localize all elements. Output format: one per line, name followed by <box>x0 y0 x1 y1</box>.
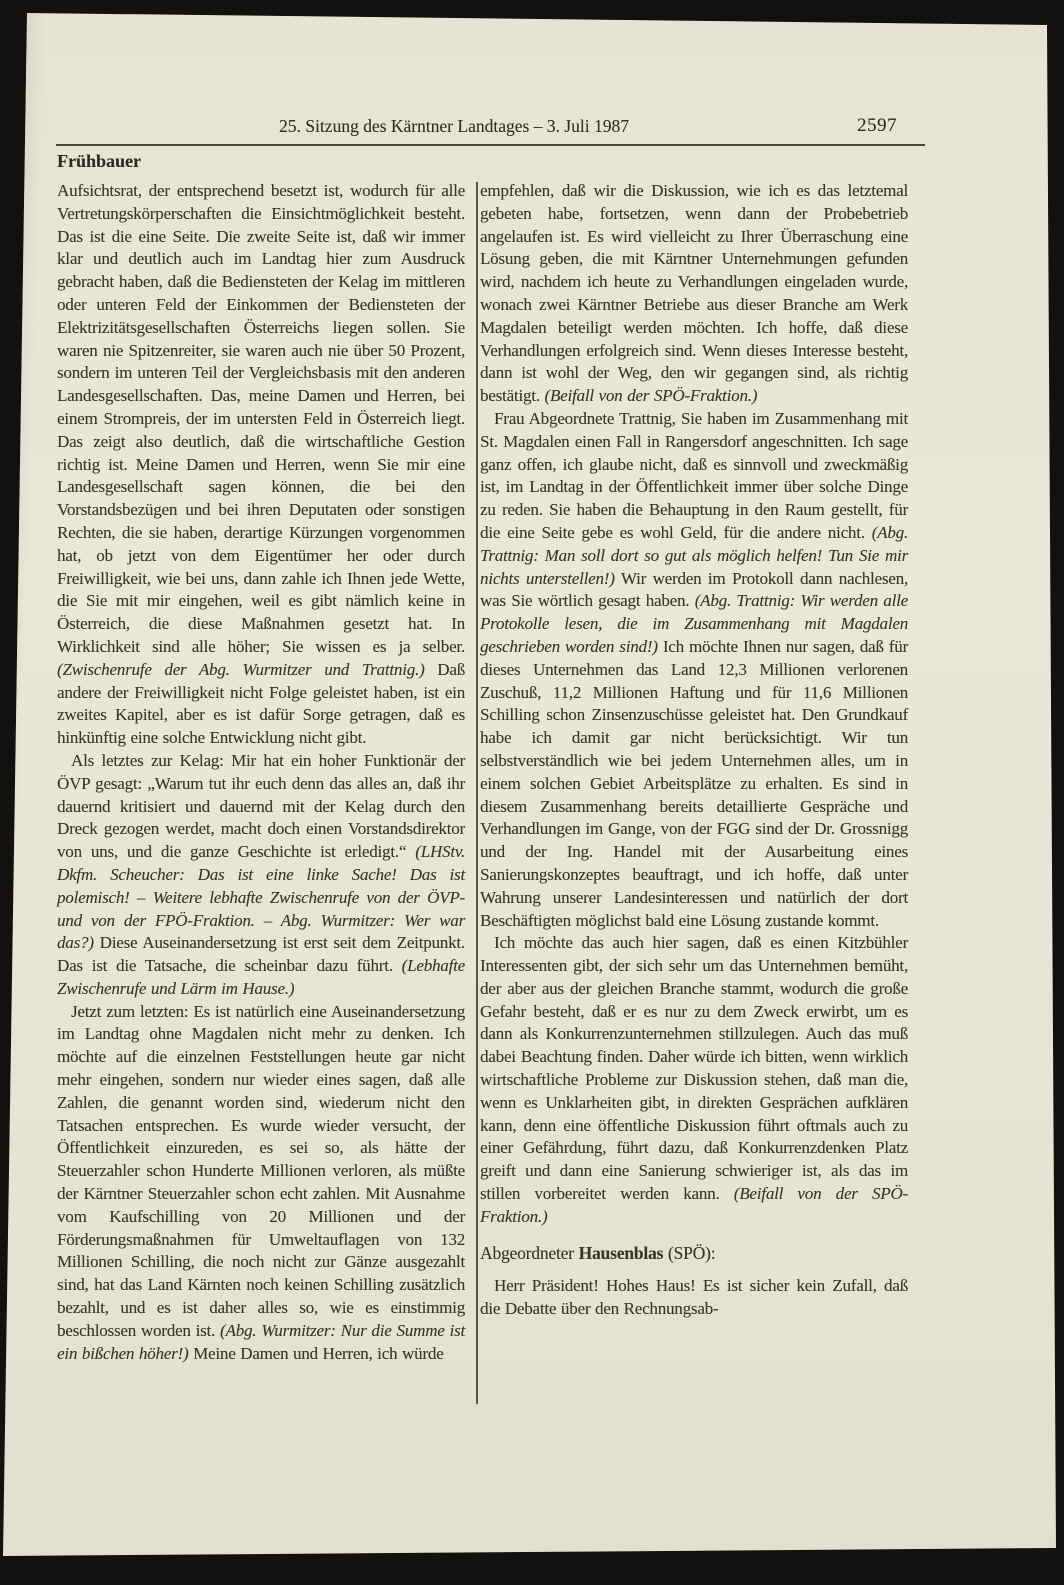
text-segment: Meine Damen und Herren, ich würde <box>188 1344 443 1363</box>
text-segment: Herr Präsident! Hohes Haus! Es ist siche… <box>480 1276 908 1318</box>
text-segment: (Zwischenrufe der Abg. Wurmitzer und Tra… <box>57 660 425 679</box>
paragraph: Jetzt zum letzten: Es ist natürlich eine… <box>57 1001 465 1366</box>
speaker-name-continued: Frühbauer <box>57 151 141 172</box>
paragraph: Aufsichtsrat, der entsprechend besetzt i… <box>57 180 465 750</box>
paragraph: Frau Abgeordnete Trattnig, Sie haben im … <box>480 408 908 932</box>
header-page-number: 2597 <box>857 115 897 137</box>
paper: 25. Sitzung des Kärntner Landtages – 3. … <box>0 0 1064 1585</box>
text-segment: Als letztes zur Kelag: Mir hat ein hoher… <box>57 751 465 861</box>
header-rule <box>56 144 925 146</box>
text-segment: Frau Abgeordnete Trattnig, Sie haben im … <box>480 409 908 542</box>
left-column: Aufsichtsrat, der entsprechend besetzt i… <box>57 180 465 1365</box>
paragraph: Ich möchte das auch hier sagen, daß es e… <box>480 932 908 1228</box>
paragraph: empfehlen, daß wir die Diskussion, wie i… <box>480 180 908 408</box>
right-column: empfehlen, daß wir die Diskussion, wie i… <box>480 180 908 1321</box>
text-segment: Hausenblas <box>579 1243 664 1263</box>
column-divider <box>476 182 478 1404</box>
text-segment: Abgeordneter <box>480 1243 579 1263</box>
paragraph: Herr Präsident! Hohes Haus! Es ist siche… <box>480 1275 908 1321</box>
text-segment: Jetzt zum letzten: Es ist natürlich eine… <box>57 1002 465 1340</box>
paragraph: Als letztes zur Kelag: Mir hat ein hoher… <box>57 750 465 1001</box>
header-session-title: 25. Sitzung des Kärntner Landtages – 3. … <box>57 116 925 137</box>
text-segment: Ich möchte Ihnen nur sagen, daß für dies… <box>480 637 908 930</box>
text-columns: Aufsichtsrat, der entsprechend besetzt i… <box>57 180 908 1365</box>
text-segment: empfehlen, daß wir die Diskussion, wie i… <box>480 181 908 405</box>
text-segment: (Beifall von der SPÖ-Fraktion.) <box>545 386 758 405</box>
scanned-document-page: { "colors": { "paper": "#e8e4d5", "ink":… <box>0 0 1064 1585</box>
text-segment: Ich möchte das auch hier sagen, daß es e… <box>480 933 908 1203</box>
page-header: 25. Sitzung des Kärntner Landtages – 3. … <box>57 116 925 142</box>
text-segment: Aufsichtsrat, der entsprechend besetzt i… <box>57 181 465 656</box>
speaker-heading: Abgeordneter Hausenblas (SPÖ): <box>480 1242 908 1265</box>
text-segment: (SPÖ): <box>663 1243 715 1263</box>
